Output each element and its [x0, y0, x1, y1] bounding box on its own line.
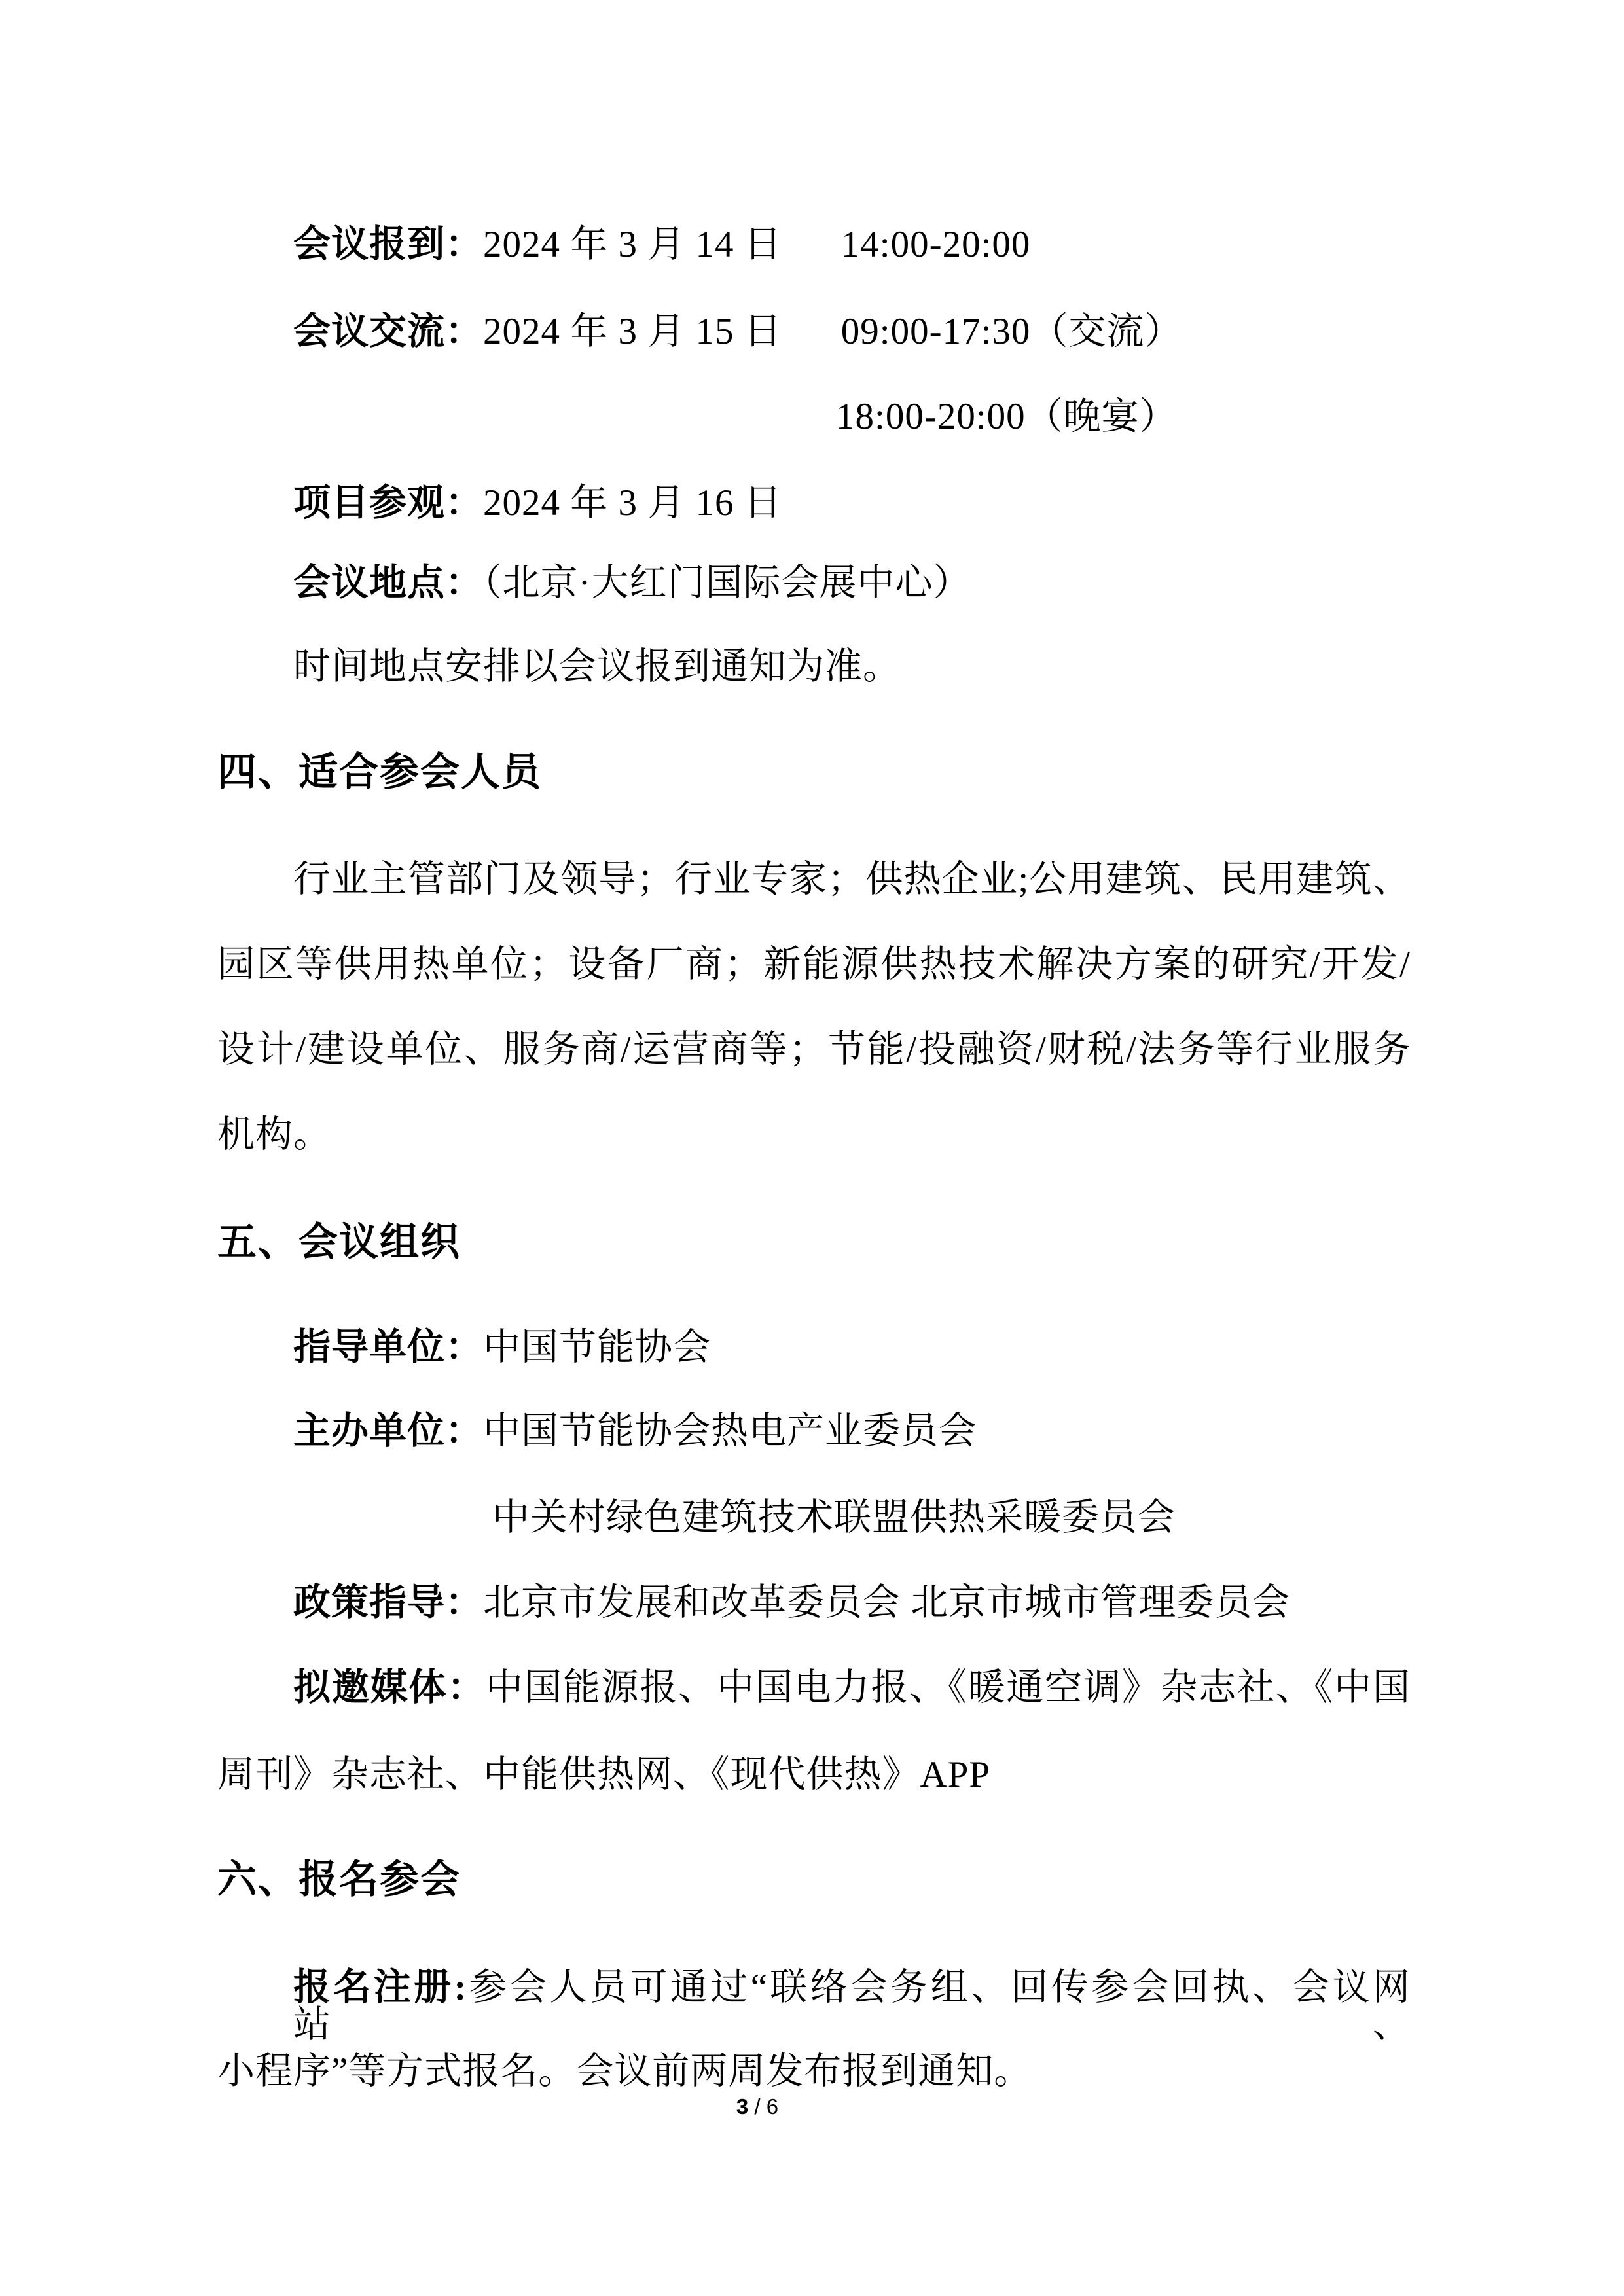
host-unit-label: 主办单位：: [293, 1410, 483, 1452]
invited-media-label: 拟邀媒体：: [293, 1667, 486, 1708]
signup-label: 报名注册:: [293, 1967, 467, 2008]
registration-date: 2024 年 3 月 14 日: [483, 224, 782, 265]
guidance-unit-text: 中国节能协会: [483, 1327, 711, 1368]
schedule-line-visit: 项目参观：2024 年 3 月 16 日: [217, 484, 1411, 522]
exchange-date: 2024 年 3 月 15 日: [483, 311, 782, 352]
schedule-line-exchange: 会议交流：2024 年 3 月 15 日09:00-17:30（交流）: [217, 313, 1411, 350]
guidance-unit-label: 指导单位：: [293, 1327, 483, 1368]
schedule-line-venue: 会议地点：（北京·大红门国际会展中心）: [217, 564, 1411, 601]
schedule-line-registration: 会议报到：2024 年 3 月 14 日14:00-20:00: [217, 226, 1411, 263]
schedule-note-text: 时间地点安排以会议报到通知为准。: [293, 646, 901, 687]
page-number-total: 6: [767, 2094, 778, 2119]
org-line-host: 主办单位：中国节能协会热电产业委员会: [217, 1412, 1411, 1450]
org-line-host-cont: 中关村绿色建筑技术联盟供热采暖委员会: [217, 1499, 1411, 1536]
org-line-guidance: 指导单位：中国节能协会: [217, 1329, 1411, 1366]
signup-text2: 小程序”等方式报名。会议前两周发布报到通知。: [217, 2051, 1032, 2092]
schedule-line-banquet: 18:00-20:00（晚宴）: [217, 398, 1411, 435]
section4-paragraph-line2: 园区等供用热单位；设备厂商；新能源供热技术解决方案的研究/开发/: [217, 946, 1411, 983]
section4-paragraph-line1: 行业主管部门及领导；行业专家；供热企业;公用建筑、民用建筑、: [217, 861, 1411, 898]
visit-label: 项目参观：: [293, 482, 483, 524]
document-page: 会议报到：2024 年 3 月 14 日14:00-20:00 会议交流：202…: [0, 0, 1624, 2296]
registration-label: 会议报到：: [293, 224, 483, 265]
org-line-media: 拟邀媒体：中国能源报、中国电力报、《暖通空调》杂志社、《中国: [217, 1669, 1411, 1706]
section6-line1: 报名注册:参会人员可通过“联络会务组、回传参会回执、会议网站、: [217, 1969, 1411, 2043]
page-number: 3 / 6: [0, 2096, 1515, 2117]
host-unit-text: 中国节能协会热电产业委员会: [483, 1410, 977, 1452]
registration-time: 14:00-20:00: [841, 224, 1031, 265]
section4-paragraph-line4: 机构。: [217, 1116, 1411, 1153]
org-line-media-cont: 周刊》杂志社、中能供热网、《现代供热》APP: [217, 1756, 1411, 1793]
org-line-policy: 政策指导：北京市发展和改革委员会 北京市城市管理委员会: [217, 1584, 1411, 1621]
schedule-note: 时间地点安排以会议报到通知为准。: [217, 648, 1411, 685]
venue-label: 会议地点：: [293, 562, 483, 603]
section4-heading: 四、适合参会人员: [217, 753, 1411, 792]
visit-date: 2024 年 3 月 16 日: [483, 482, 782, 524]
invited-media-text2: 周刊》杂志社、中能供热网、《现代供热》APP: [217, 1754, 990, 1795]
page-number-current: 3: [736, 2094, 748, 2119]
policy-guidance-label: 政策指导：: [293, 1582, 483, 1623]
exchange-label: 会议交流：: [293, 311, 483, 352]
section6-heading: 六、报名参会: [217, 1860, 1411, 1899]
invited-media-text: 中国能源报、中国电力报、《暖通空调》杂志社、《中国: [486, 1667, 1411, 1708]
policy-guidance-text: 北京市发展和改革委员会 北京市城市管理委员会: [483, 1582, 1290, 1623]
section4-paragraph-line3: 设计/建设单位、服务商/运营商等；节能/投融资/财税/法务等行业服务: [217, 1031, 1411, 1068]
exchange-time: 09:00-17:30（交流）: [841, 311, 1183, 352]
page-number-separator: /: [748, 2094, 767, 2119]
section6-line2: 小程序”等方式报名。会议前两周发布报到通知。: [217, 2053, 1411, 2090]
host-unit-text2: 中关村绿色建筑技术联盟供热采暖委员会: [492, 1497, 1176, 1538]
section5-heading: 五、会议组织: [217, 1223, 1411, 1262]
document-content: 会议报到：2024 年 3 月 14 日14:00-20:00 会议交流：202…: [217, 0, 1411, 2296]
banquet-time: 18:00-20:00（晚宴）: [836, 396, 1178, 437]
venue-text: （北京·大红门国际会展中心）: [483, 562, 971, 603]
